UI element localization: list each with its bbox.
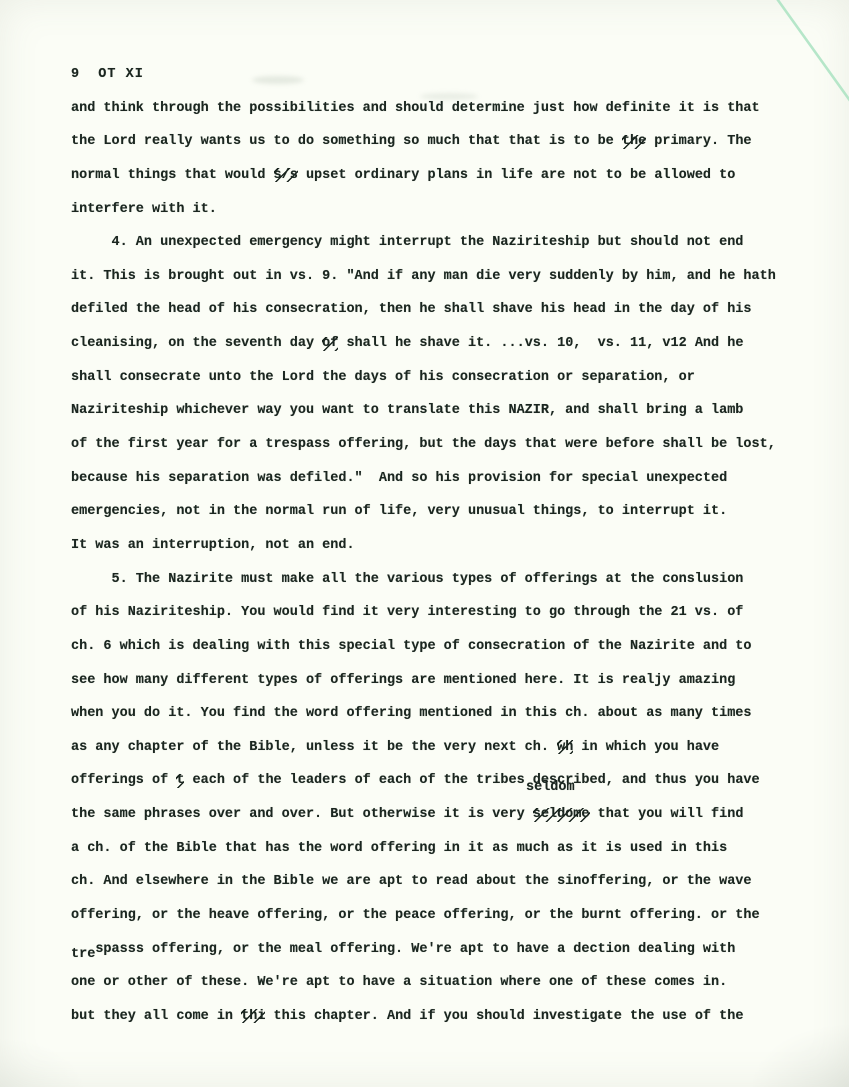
struck-out-text: thi [241, 1009, 265, 1024]
text-line: 5. The Nazirite must make all the variou… [71, 563, 801, 597]
text-segment: shall consecrate unto the Lord the days … [71, 370, 695, 385]
text-line: of his Naziriteship. You would find it v… [71, 596, 801, 630]
text-segment: ch. 6 which is dealing with this special… [71, 639, 752, 654]
text-line: as any chapter of the Bible, unless it b… [71, 731, 801, 765]
text-segment: normal things that would [71, 168, 274, 183]
text-line: offering, or the heave offering, or the … [71, 899, 801, 933]
struck-out-text: of [322, 336, 338, 351]
text-segment: when you do it. You find the word offeri… [71, 706, 752, 721]
text-segment: and think through the possibilities and … [71, 101, 760, 116]
text-line: offerings of t each of the leaders of ea… [71, 764, 801, 798]
text-line: 4. An unexpected emergency might interru… [71, 226, 801, 260]
struck-out-text: s/s [274, 168, 298, 183]
text-segment: see how many different types of offering… [71, 673, 735, 688]
text-line: one or other of these. We're apt to have… [71, 966, 801, 1000]
text-segment: because his separation was defiled." And… [71, 471, 727, 486]
text-segment: that you will find [590, 807, 744, 822]
text-segment: It was an interruption, not an end. [71, 538, 355, 553]
text-segment: 5. The Nazirite must make all the variou… [71, 572, 743, 587]
text-line: and think through the possibilities and … [71, 92, 801, 126]
text-segment: one or other of these. We're apt to have… [71, 975, 727, 990]
typewritten-page: 9 OT XI and think through the possibilit… [0, 0, 849, 1087]
text-segment: the Lord really wants us to do something… [71, 134, 622, 149]
text-line: emergencies, not in the normal run of li… [71, 495, 801, 529]
text-segment: of the first year for a trespass offerin… [71, 437, 776, 452]
text-segment: upset ordinary plans in life are not to … [298, 168, 735, 183]
text-line: the Lord really wants us to do something… [71, 125, 801, 159]
page-header: 9 OT XI [71, 58, 801, 92]
text-segment: the same phrases over and over. But othe… [71, 807, 533, 822]
text-segment: of his Naziriteship. You would find it v… [71, 605, 743, 620]
text-line: interfere with it. [71, 193, 801, 227]
text-line: seldomthe same phrases over and over. Bu… [71, 798, 801, 832]
text-line: ch. And elsewhere in the Bible we are ap… [71, 865, 801, 899]
text-segment: emergencies, not in the normal run of li… [71, 504, 727, 519]
text-segment: defiled the head of his consecration, th… [71, 302, 752, 317]
text-segment: offerings of [71, 773, 176, 788]
text-segment: as any chapter of the Bible, unless it b… [71, 740, 557, 755]
document-body: and think through the possibilities and … [71, 92, 801, 1034]
text-line: when you do it. You find the word offeri… [71, 697, 801, 731]
text-segment: each of the leaders of each of the tribe… [184, 773, 759, 788]
struck-out-text: wh [557, 740, 573, 755]
text-line: see how many different types of offering… [71, 664, 801, 698]
struck-out-text: seldome [533, 807, 590, 822]
text-line: it. This is brought out in vs. 9. "And i… [71, 260, 801, 294]
text-line: shall consecrate unto the Lord the days … [71, 361, 801, 395]
text-line: because his separation was defiled." And… [71, 462, 801, 496]
inserted-correction: seldom [526, 781, 575, 795]
text-segment: ch. And elsewhere in the Bible we are ap… [71, 874, 752, 889]
text-line: trespasss offering, or the meal offering… [71, 933, 801, 967]
text-line: ch. 6 which is dealing with this special… [71, 630, 801, 664]
text-segment: 4. An unexpected emergency might interru… [71, 235, 743, 250]
text-line: a ch. of the Bible that has the word off… [71, 832, 801, 866]
text-line: defiled the head of his consecration, th… [71, 293, 801, 327]
text-segment: cleanising, on the seventh day [71, 336, 322, 351]
text-line: of the first year for a trespass offerin… [71, 428, 801, 462]
text-line: It was an interruption, not an end. [71, 529, 801, 563]
text-segment: spasss offering, or the meal offering. W… [95, 942, 735, 957]
text-segment: it. This is brought out in vs. 9. "And i… [71, 269, 776, 284]
text-segment: Naziriteship whichever way you want to t… [71, 403, 743, 418]
text-segment: interfere with it. [71, 202, 217, 217]
text-segment: shall he shave it. ...vs. 10, vs. 11, v1… [338, 336, 743, 351]
text-segment: offering, or the heave offering, or the … [71, 908, 760, 923]
text-segment: but they all come in [71, 1009, 241, 1024]
text-line: cleanising, on the seventh day of shall … [71, 327, 801, 361]
text-line: Naziriteship whichever way you want to t… [71, 394, 801, 428]
struck-out-text: the [622, 134, 646, 149]
text-segment: this chapter. And if you should investig… [265, 1009, 743, 1024]
text-segment: in which you have [573, 740, 719, 755]
text-segment: primary. The [646, 134, 751, 149]
text-segment: a ch. of the Bible that has the word off… [71, 841, 727, 856]
document-text-column: 9 OT XI and think through the possibilit… [71, 58, 801, 1034]
text-line: but they all come in thi this chapter. A… [71, 1000, 801, 1034]
text-line: normal things that would s/s upset ordin… [71, 159, 801, 193]
